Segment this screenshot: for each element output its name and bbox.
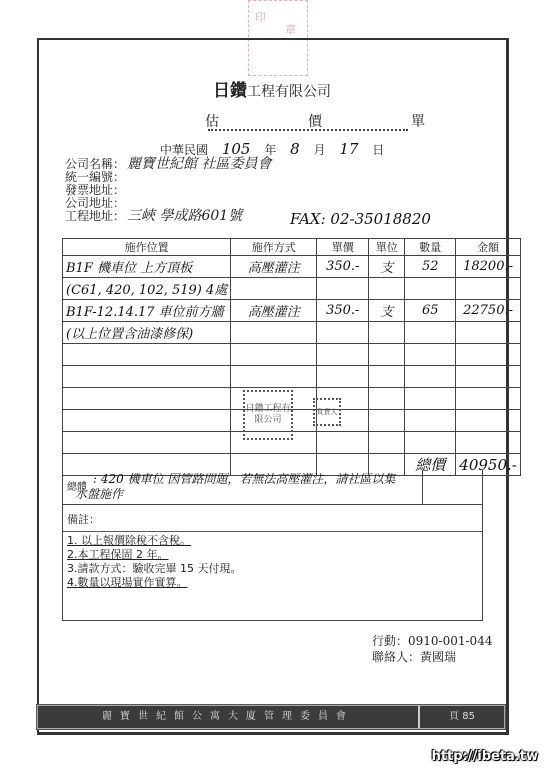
table-cell: B1F-12.14.17 車位前方牆 [63, 300, 231, 322]
contact-person: 聯絡人：黃國瑞 [372, 649, 492, 665]
column-header: 單位 [369, 239, 405, 256]
table-cell [369, 278, 405, 300]
footer-bar: 麗寶世紀館公寓大廈管理委員會 頁 85 [37, 705, 505, 729]
title-char: 估 [205, 111, 219, 131]
table-cell [231, 366, 317, 388]
table-cell [317, 432, 369, 454]
company-name: 日鑽工程有限公司 [0, 76, 544, 101]
table-cell [317, 366, 369, 388]
page-number: 頁 85 [418, 706, 504, 728]
remark-item: 3.請款方式：驗收完畢 15 天付現。 [67, 562, 241, 576]
table-cell: 支 [369, 256, 405, 278]
remark-text: 4.數量以現場實作實算。 [67, 576, 188, 589]
contact-mobile: 行動：0910-001-044 [372, 633, 492, 649]
table-cell [456, 278, 521, 300]
remarks-list: 1. 以上報價除稅不含稅。 2.本工程保固 2 年。 3.請款方式：驗收完畢 1… [67, 534, 241, 590]
table-row: (C61, 420, 102, 519) 4處 [63, 278, 521, 300]
table-cell [63, 388, 231, 410]
company-seal: 日鑽工程有限公司 [243, 390, 293, 440]
remark-item: 2.本工程保固 2 年。 [67, 548, 241, 562]
table-cell [231, 322, 317, 344]
field-value: 麗寶世紀館 社區委員會 [127, 158, 271, 171]
year-label: 年 [264, 143, 276, 157]
quote-table: 施作位置施作方式單價單位數量金額B1F 機車位 上方頂板高壓灌注350.-支52… [62, 238, 521, 476]
column-header: 金額 [456, 239, 521, 256]
table-header: 施作位置施作方式單價單位數量金額 [63, 239, 521, 256]
table-cell: B1F 機車位 上方頂板 [63, 256, 231, 278]
owner-seal: 負責人 [313, 398, 341, 426]
table-cell [405, 278, 456, 300]
table-cell: 350.- [317, 300, 369, 322]
watermark: http://ibeta.tw [432, 749, 538, 764]
table-cell: 22750.- [456, 300, 521, 322]
table-cell [405, 322, 456, 344]
notes-divider [422, 470, 423, 504]
date-day: 17 [339, 140, 358, 158]
notes-row: 總體 : 420 機車位 因管路問題，若無法高壓灌注，請社區以集 水盤施作 [62, 470, 483, 505]
remarks-divider [63, 531, 482, 532]
remark-text: 3.請款方式：驗收完畢 15 天付現。 [67, 562, 241, 575]
table-cell [456, 432, 521, 454]
table-cell [369, 344, 405, 366]
table-cell [231, 278, 317, 300]
remark-item: 4.數量以現場實作實算。 [67, 576, 241, 590]
table-row [63, 366, 521, 388]
table-cell [369, 366, 405, 388]
table-cell [456, 322, 521, 344]
title-divider [208, 129, 408, 131]
table-cell [369, 410, 405, 432]
table-cell: 350.- [317, 256, 369, 278]
table-cell [63, 366, 231, 388]
notes-line-2: 水盤施作 [75, 485, 123, 502]
footer-org: 麗寶世紀館公寓大廈管理委員會 [38, 706, 418, 728]
table-cell [63, 410, 231, 432]
field-label: 工程地址： [65, 210, 127, 223]
day-label: 日 [372, 143, 384, 157]
title-char: 單 [411, 111, 425, 131]
table-cell [405, 388, 456, 410]
client-info: 公司名稱：麗寶世紀館 社區委員會 統一編號： 發票地址： 公司地址： 工程地址：… [65, 158, 271, 223]
remark-text: 2.本工程保固 2 年。 [67, 548, 169, 561]
table-cell [317, 322, 369, 344]
column-header: 施作方式 [231, 239, 317, 256]
company-name-bold: 日鑽 [213, 81, 247, 101]
table-cell [369, 432, 405, 454]
table-row: B1F 機車位 上方頂板高壓灌注350.-支5218200.- [63, 256, 521, 278]
table-row [63, 344, 521, 366]
table-cell: (以上位置含油漆修保) [63, 322, 231, 344]
table-cell [317, 278, 369, 300]
table-cell [405, 344, 456, 366]
table-cell [456, 344, 521, 366]
month-label: 月 [314, 143, 326, 157]
table-cell [456, 366, 521, 388]
remark-item: 1. 以上報價除稅不含稅。 [67, 534, 241, 548]
table-cell [405, 366, 456, 388]
title-char: 價 [308, 111, 322, 131]
field-value: 三峽 學成路601號 [127, 210, 242, 223]
table-cell: 高壓灌注 [231, 300, 317, 322]
client-field: 工程地址：三峽 學成路601號 [65, 210, 271, 223]
remarks-label: 備註： [67, 511, 100, 527]
table-row: B1F-12.14.17 車位前方牆高壓灌注350.-支6522750.- [63, 300, 521, 322]
table-cell [456, 388, 521, 410]
date-month: 8 [290, 140, 300, 158]
table-cell: 18200.- [456, 256, 521, 278]
remark-text: 1. 以上報價除稅不含稅。 [67, 534, 191, 547]
date-prefix: 中華民國 [160, 143, 208, 157]
table-cell [63, 344, 231, 366]
table-cell: 65 [405, 300, 456, 322]
contact-info: 行動：0910-001-044 聯絡人：黃國瑞 [372, 633, 492, 665]
table-cell [405, 432, 456, 454]
table-cell [231, 344, 317, 366]
column-header: 單價 [317, 239, 369, 256]
table-row: (以上位置含油漆修保) [63, 322, 521, 344]
table-cell [369, 388, 405, 410]
table-cell: 支 [369, 300, 405, 322]
notes-line-1: : 420 機車位 因管路問題，若無法高壓灌注，請社區以集 [93, 470, 395, 487]
fax-number: FAX: 02-35018820 [290, 210, 431, 228]
column-header: 施作位置 [63, 239, 231, 256]
document-title: 估 價 單 [205, 111, 425, 131]
company-name-rest: 工程有限公司 [247, 84, 331, 100]
table-cell: (C61, 420, 102, 519) 4處 [63, 278, 231, 300]
table-cell [369, 322, 405, 344]
table-cell: 高壓灌注 [231, 256, 317, 278]
table-cell: 52 [405, 256, 456, 278]
table-cell [405, 410, 456, 432]
column-header: 數量 [405, 239, 456, 256]
table-cell [456, 410, 521, 432]
table-cell [317, 344, 369, 366]
table-cell [63, 432, 231, 454]
remarks-box: 備註： 1. 以上報價除稅不含稅。 2.本工程保固 2 年。 3.請款方式：驗收… [62, 505, 483, 621]
